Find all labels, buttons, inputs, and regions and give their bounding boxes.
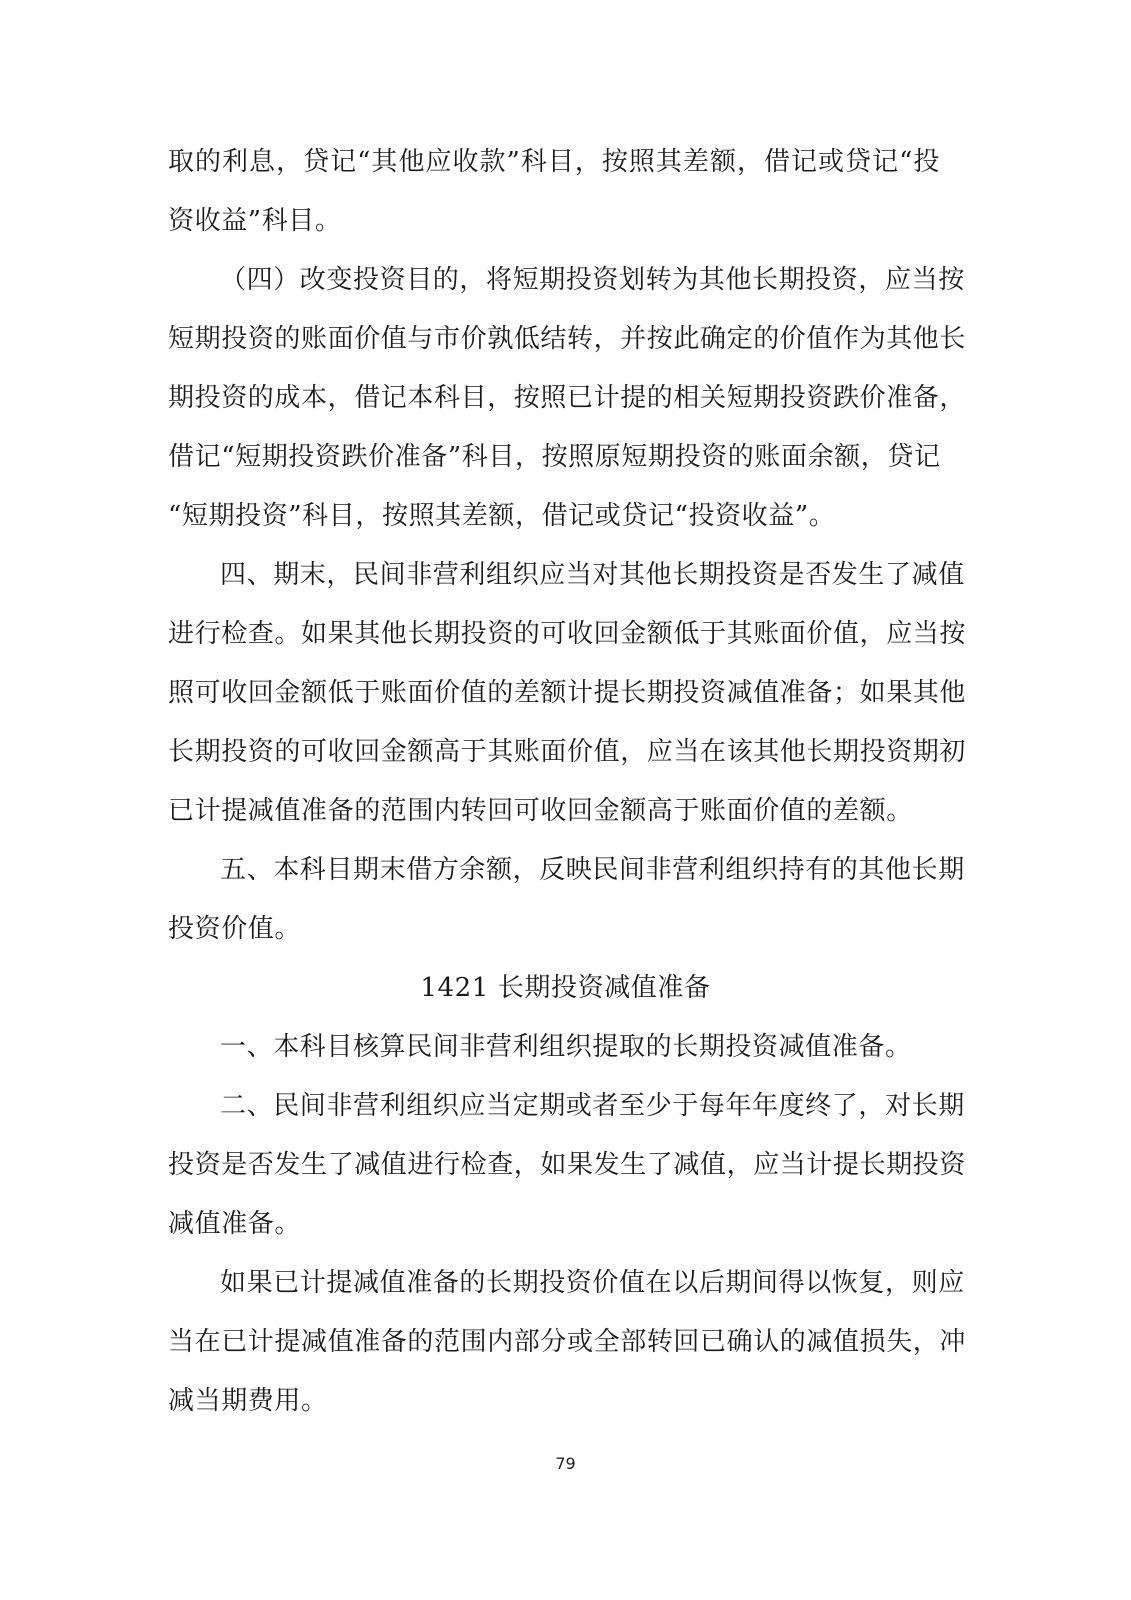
- body-text-line: “短期投资”科目，按照其差额，借记或贷记“投资收益”。: [168, 501, 940, 531]
- body-text-line: 资收益”科目。: [168, 206, 940, 236]
- body-text-line: 减值准备。: [168, 1209, 940, 1239]
- paragraph-start-line: 四、期末，民间非营利组织应当对其他长期投资是否发生了减值: [168, 560, 940, 590]
- paragraph-start-line: 二、民间非营利组织应当定期或者至少于每年年度终了，对长期: [168, 1091, 940, 1121]
- paragraph-start-line: 五、本科目期末借方余额，反映民间非营利组织持有的其他长期: [168, 855, 940, 885]
- body-text-line: 进行检查。如果其他长期投资的可收回金额低于其账面价值，应当按: [168, 619, 940, 649]
- document-page: 取的利息，贷记“其他应收款”科目，按照其差额，借记或贷记“投 资收益”科目。 （…: [0, 0, 1131, 1600]
- body-text-line: 借记“短期投资跌价准备”科目，按照原短期投资的账面余额，贷记: [168, 442, 940, 472]
- body-text-line: 投资价值。: [168, 914, 940, 944]
- body-text-line: 照可收回金额低于账面价值的差额计提长期投资减值准备；如果其他: [168, 678, 940, 708]
- body-text-line: 短期投资的账面价值与市价孰低结转，并按此确定的价值作为其他长: [168, 324, 940, 354]
- body-text-line: 当在已计提减值准备的范围内部分或全部转回已确认的减值损失，冲: [168, 1327, 940, 1357]
- body-text-line: 长期投资的可收回金额高于其账面价值，应当在该其他长期投资期初: [168, 737, 940, 767]
- body-text-line: 期投资的成本，借记本科目，按照已计提的相关短期投资跌价准备，: [168, 383, 940, 413]
- body-text-line: 已计提减值准备的范围内转回可收回金额高于账面价值的差额。: [168, 796, 940, 826]
- body-text-line: 取的利息，贷记“其他应收款”科目，按照其差额，借记或贷记“投: [168, 147, 940, 177]
- paragraph-start-line: 一、本科目核算民间非营利组织提取的长期投资减值准备。: [168, 1032, 940, 1062]
- page-number: 79: [0, 1454, 1131, 1473]
- paragraph-start-line: （四）改变投资目的，将短期投资划转为其他长期投资，应当按: [168, 265, 940, 295]
- section-heading: 1421 长期投资减值准备: [0, 973, 1131, 1003]
- body-text-line: 投资是否发生了减值进行检查，如果发生了减值，应当计提长期投资: [168, 1150, 940, 1180]
- paragraph-start-line: 如果已计提减值准备的长期投资价值在以后期间得以恢复，则应: [168, 1268, 940, 1298]
- body-text-line: 减当期费用。: [168, 1386, 940, 1416]
